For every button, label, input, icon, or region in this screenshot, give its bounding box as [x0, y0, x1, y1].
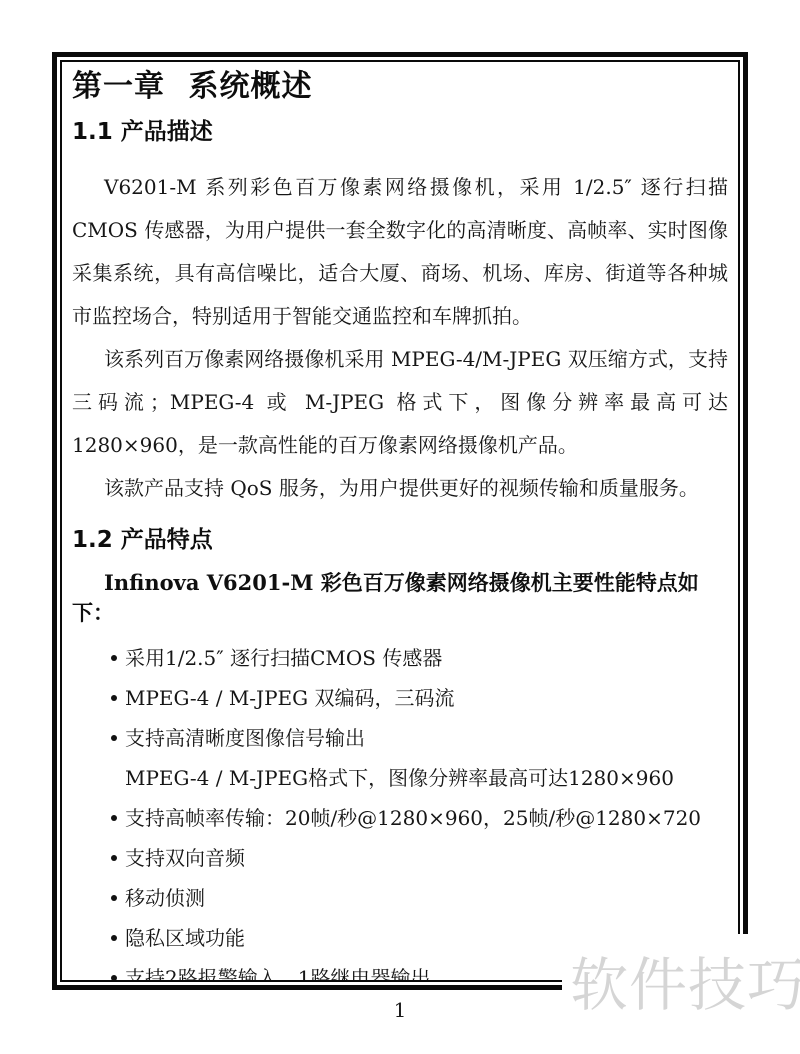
chapter-title: 第一章 系统概述: [72, 70, 730, 104]
feature-list: 采用1/2.5″ 逐行扫描CMOS 传感器 MPEG-4 / M-JPEG 双编…: [70, 638, 730, 982]
bullet-dot: [111, 935, 117, 941]
bullet-dot: [111, 975, 117, 981]
feature-item: 支持双向音频: [70, 838, 730, 878]
page-border-frame: 第一章 系统概述 1.1 产品描述 V6201-M 系列彩色百万像素网络摄像机，…: [52, 52, 748, 990]
page-number: 1: [0, 998, 800, 1022]
feature-text: 支持高帧率传输：20帧/秒@1280×960，25帧/秒@1280×720: [125, 806, 701, 830]
features-intro: Infinova V6201-M 彩色百万像素网络摄像机主要性能特点如下：: [72, 568, 728, 628]
section-1-2-heading: 1.2 产品特点: [72, 526, 730, 554]
paragraph-product-description-1: V6201-M 系列彩色百万像素网络摄像机，采用 1/2.5″ 逐行扫描 CMO…: [72, 166, 728, 338]
feature-item: 采用1/2.5″ 逐行扫描CMOS 传感器: [70, 638, 730, 678]
feature-text: 支持2路报警输入，1路继电器输出: [125, 966, 430, 982]
feature-item-continuation: MPEG-4 / M-JPEG格式下，图像分辨率最高可达1280×960: [70, 758, 730, 798]
page: { "document": { "chapter_title": "第一章 系统…: [0, 0, 800, 1054]
bullet-dot: [111, 735, 117, 741]
paragraph-product-description-2: 该系列百万像素网络摄像机采用 MPEG-4/M-JPEG 双压缩方式，支持三码流…: [72, 338, 728, 467]
feature-item: 移动侦测: [70, 878, 730, 918]
feature-text: MPEG-4 / M-JPEG格式下，图像分辨率最高可达1280×960: [125, 766, 674, 790]
feature-text: MPEG-4 / M-JPEG 双编码，三码流: [125, 686, 454, 710]
watermark-overlay: 软件技巧: [562, 934, 800, 1054]
bullet-dot: [111, 815, 117, 821]
feature-text: 隐私区域功能: [125, 926, 245, 950]
section-1-1-heading: 1.1 产品描述: [72, 118, 730, 146]
feature-text: 支持高清晰度图像信号输出: [125, 726, 365, 750]
feature-item: MPEG-4 / M-JPEG 双编码，三码流: [70, 678, 730, 718]
feature-item: 支持高帧率传输：20帧/秒@1280×960，25帧/秒@1280×720: [70, 798, 730, 838]
bullet-dot: [111, 895, 117, 901]
page-content-area: 第一章 系统概述 1.1 产品描述 V6201-M 系列彩色百万像素网络摄像机，…: [60, 60, 740, 982]
feature-item: 支持高清晰度图像信号输出: [70, 718, 730, 758]
paragraph-product-description-3: 该款产品支持 QoS 服务，为用户提供更好的视频传输和质量服务。: [72, 467, 728, 510]
bullet-dot: [111, 655, 117, 661]
feature-text: 移动侦测: [125, 886, 205, 910]
bullet-dot: [111, 695, 117, 701]
feature-text: 采用1/2.5″ 逐行扫描CMOS 传感器: [125, 646, 442, 670]
bullet-dot: [111, 855, 117, 861]
feature-text: 支持双向音频: [125, 846, 245, 870]
